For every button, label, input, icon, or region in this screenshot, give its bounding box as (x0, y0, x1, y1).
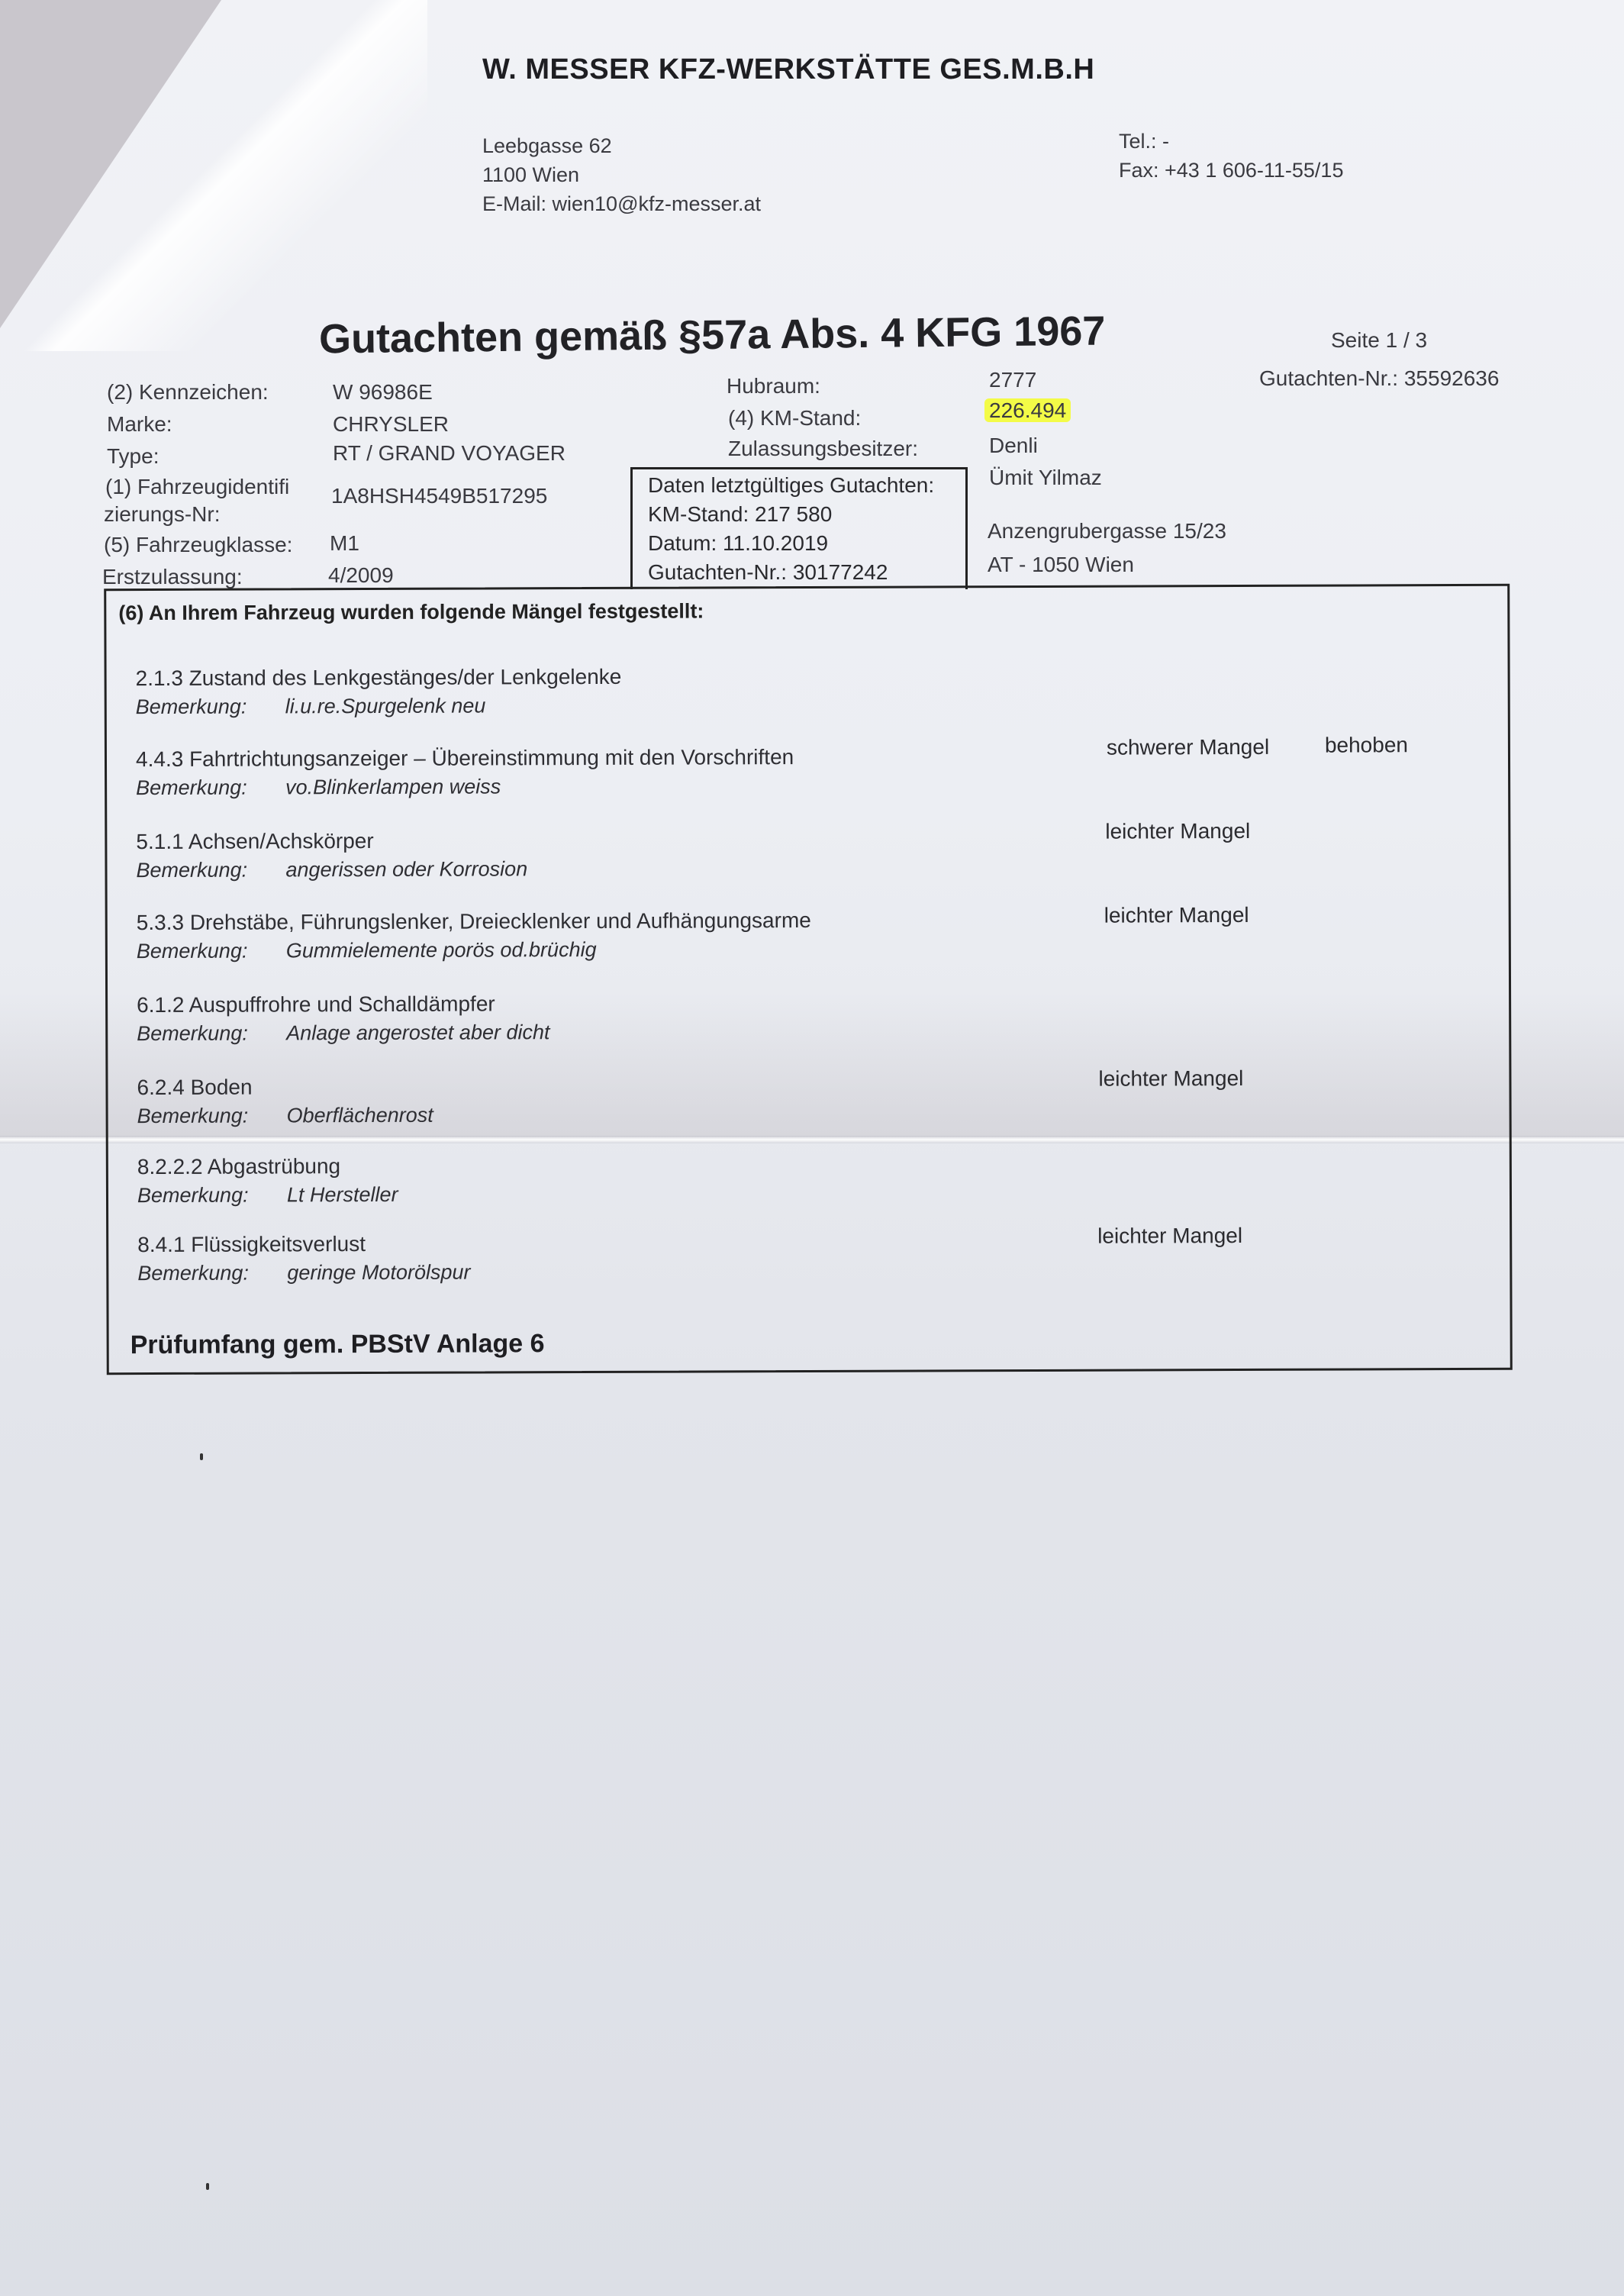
remark-text: vo.Blinkerlampen weiss (285, 775, 501, 798)
company-name: W. MESSER KFZ-WERKSTÄTTE GES.M.B.H (482, 53, 1094, 86)
defect-name: 4.4.3 Fahrtrichtungsanzeiger – Übereinst… (136, 743, 794, 774)
defect-item: 8.2.2.2 Abgastrübung Bemerkung:Lt Herste… (137, 1152, 398, 1209)
defect-severity: leichter Mangel (1104, 903, 1249, 928)
class-label: (5) Fahrzeugklasse: (104, 533, 292, 557)
owner-name-2: Ümit Yilmaz (989, 466, 1102, 490)
vin-label-2: zierungs-Nr: (104, 502, 220, 527)
previous-report-mileage: KM-Stand: 217 580 (648, 500, 965, 529)
defect-item: 6.1.2 Auspuffrohre und Schalldämpfer Bem… (137, 989, 550, 1047)
defect-item: 8.4.1 Flüssigkeitsverlust Bemerkung:geri… (137, 1230, 470, 1288)
owner-label: Zulassungsbesitzer: (728, 437, 918, 461)
owner-street: Anzengrubergasse 15/23 (988, 519, 1226, 543)
remark-text: Oberflächenrost (287, 1104, 433, 1127)
defect-item: 2.1.3 Zustand des Lenkgestänges/der Lenk… (136, 663, 622, 721)
defect-severity: schwerer Mangel (1107, 735, 1269, 760)
remark-label: Bemerkung: (137, 1181, 287, 1209)
defect-remark: Bemerkung:angerissen oder Korrosion (136, 855, 527, 884)
class-value: M1 (330, 531, 359, 556)
defect-name: 6.2.4 Boden (137, 1072, 433, 1102)
remark-label: Bemerkung: (136, 856, 285, 884)
registration-label: Erstzulassung: (102, 565, 243, 589)
remark-text: geringe Motorölspur (287, 1261, 470, 1285)
defect-severity: leichter Mangel (1098, 1066, 1243, 1092)
defects-heading: (6) An Ihrem Fahrzeug wurden folgende Mä… (118, 599, 704, 625)
company-address: Leebgasse 62 1100 Wien E-Mail: wien10@kf… (482, 131, 761, 218)
registration-value: 4/2009 (328, 563, 394, 588)
mileage-value: 226.494 (984, 398, 1071, 423)
defect-name: 8.4.1 Flüssigkeitsverlust (137, 1230, 470, 1260)
defect-remark: Bemerkung:li.u.re.Spurgelenk neu (136, 692, 622, 721)
defect-remark: Bemerkung:Gummielemente porös od.brüchig (137, 935, 811, 965)
company-contact: Tel.: - Fax: +43 1 606-11-55/15 (1119, 127, 1343, 185)
previous-report-number: Gutachten-Nr.: 30177242 (648, 558, 965, 587)
defect-remark: Bemerkung:Oberflächenrost (137, 1101, 433, 1130)
address-street: Leebgasse 62 (482, 131, 761, 160)
remark-text: angerissen oder Korrosion (285, 857, 527, 881)
defect-remark: Bemerkung:Anlage angerostet aber dicht (137, 1018, 549, 1047)
remark-label: Bemerkung: (136, 773, 285, 801)
defect-name: 5.1.1 Achsen/Achskörper (136, 826, 527, 856)
defects-box: (6) An Ihrem Fahrzeug wurden folgende Mä… (104, 584, 1513, 1375)
page-title: Gutachten gemäß §57a Abs. 4 KFG 1967 (319, 308, 1106, 363)
defect-remark: Bemerkung:Lt Hersteller (137, 1181, 398, 1209)
defect-severity: leichter Mangel (1097, 1224, 1242, 1249)
defect-item: 5.3.3 Drehstäbe, Führungslenker, Dreieck… (137, 906, 811, 965)
type-value: RT / GRAND VOYAGER (333, 441, 565, 466)
report-number: Gutachten-Nr.: 35592636 (1259, 366, 1499, 391)
vin-value: 1A8HSH4549B517295 (331, 484, 547, 508)
defect-item: 4.4.3 Fahrtrichtungsanzeiger – Übereinst… (136, 743, 794, 801)
plate-value: W 96986E (333, 380, 433, 405)
remark-label: Bemerkung: (136, 692, 285, 721)
inspection-scope: Prüfumfang gem. PBStV Anlage 6 (130, 1329, 545, 1360)
remark-label: Bemerkung: (137, 1101, 287, 1130)
defect-name: 5.3.3 Drehstäbe, Führungslenker, Dreieck… (137, 906, 811, 937)
vin-label-1: (1) Fahrzeugidentifi (105, 475, 289, 499)
plate-label: (2) Kennzeichen: (107, 380, 269, 405)
displacement-label: Hubraum: (727, 374, 820, 398)
type-label: Type: (107, 444, 159, 469)
tel: Tel.: - (1119, 127, 1343, 156)
remark-text: Gummielemente porös od.brüchig (286, 938, 597, 962)
previous-report-box: Daten letztgültiges Gutachten: KM-Stand:… (630, 467, 968, 589)
mileage-label: (4) KM-Stand: (728, 406, 861, 430)
owner-city: AT - 1050 Wien (988, 553, 1134, 577)
defect-severity: leichter Mangel (1105, 819, 1250, 844)
defect-name: 6.1.2 Auspuffrohre und Schalldämpfer (137, 989, 549, 1020)
brand-value: CHRYSLER (333, 412, 449, 437)
brand-label: Marke: (107, 412, 172, 437)
defect-item: 6.2.4 Boden Bemerkung:Oberflächenrost (137, 1072, 433, 1130)
remark-label: Bemerkung: (137, 937, 286, 965)
folded-corner (0, 0, 221, 328)
previous-report-date: Datum: 11.10.2019 (648, 529, 965, 558)
defect-remark: Bemerkung:geringe Motorölspur (137, 1259, 470, 1288)
displacement-value: 2777 (989, 368, 1036, 392)
defect-name: 8.2.2.2 Abgastrübung (137, 1152, 398, 1182)
fax: Fax: +43 1 606-11-55/15 (1119, 156, 1343, 185)
defect-item: 5.1.1 Achsen/Achskörper Bemerkung:angeri… (136, 826, 527, 884)
ink-speck (200, 1453, 203, 1460)
defect-remark: Bemerkung:vo.Blinkerlampen weiss (136, 772, 794, 801)
address-city: 1100 Wien (482, 160, 761, 189)
remark-label: Bemerkung: (137, 1259, 287, 1287)
page-number: Seite 1 / 3 (1331, 328, 1427, 353)
previous-report-heading: Daten letztgültiges Gutachten: (648, 471, 965, 500)
owner-name-1: Denli (989, 434, 1038, 458)
remark-label: Bemerkung: (137, 1019, 286, 1047)
remark-text: li.u.re.Spurgelenk neu (285, 694, 486, 717)
remark-text: Lt Hersteller (287, 1183, 398, 1207)
ink-speck (206, 2183, 209, 2190)
defect-name: 2.1.3 Zustand des Lenkgestänges/der Lenk… (136, 663, 622, 693)
defect-status: behoben (1325, 733, 1408, 757)
remark-text: Anlage angerostet aber dicht (286, 1021, 549, 1044)
address-email: E-Mail: wien10@kfz-messer.at (482, 189, 761, 218)
mileage-highlight: 226.494 (984, 398, 1071, 422)
